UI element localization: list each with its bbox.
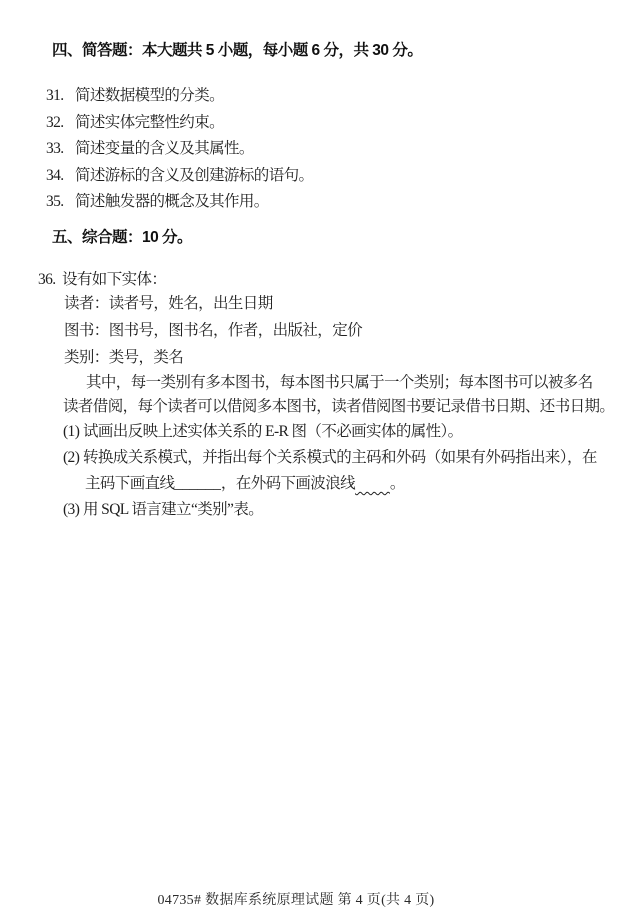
question-row-31: 31. 简述数据模型的分类。 [46,86,224,106]
subquestion-row-1: (1) 试画出反映上述实体关系的 E-R 图（不必画实体的属性）。 [63,422,463,442]
subquestion-text: 试画出反映上述实体关系的 E-R 图（不必画实体的属性）。 [83,422,463,442]
description-line-2: 读者借阅，每个读者可以借阅多本图书，读者借阅图书要记录借书日期、还书日期。 [63,397,614,417]
entity-line-category: 类别：类号，类名 [64,348,183,368]
subquestion-number: (3) [63,500,83,520]
question-number: 36. [38,270,62,290]
question-text: 简述游标的含义及创建游标的语句。 [75,166,313,186]
subquestion-2-continuation: 主码下画直线______，在外码下画波浪线 。 [85,474,405,494]
question-text: 简述触发器的概念及其作用。 [75,192,269,212]
subquestion-number: (1) [63,422,83,442]
subquestion-text: 。 [390,475,405,492]
section-comprehensive-heading: 五、综合题：10 分。 [52,228,192,248]
question-text: 简述实体完整性约束。 [75,113,224,133]
question-row-32: 32. 简述实体完整性约束。 [46,113,224,133]
question-number: 34. [46,166,75,186]
entity-line-book: 图书：图书号，图书名，作者，出版社，定价 [64,321,362,341]
question-number: 35. [46,192,75,212]
question-number: 31. [46,86,75,106]
subquestion-number: (2) [63,448,83,468]
subquestion-text: ，在外码下画波浪线 [221,475,355,492]
subquestion-text: 转换成关系模式，并指出每个关系模式的主码和外码（如果有外码指出来），在 [83,448,597,468]
section-brief-heading: 四、简答题：本大题共 5 小题，每小题 6 分，共 30 分。 [52,41,422,61]
question-row-33: 33. 简述变量的含义及其属性。 [46,139,254,159]
exam-page: 四、简答题：本大题共 5 小题，每小题 6 分，共 30 分。 31. 简述数据… [0,0,640,921]
subquestion-text: 主码下画直线 [85,475,174,492]
entity-line-reader: 读者：读者号，姓名，出生日期 [64,294,273,314]
question-row-35: 35. 简述触发器的概念及其作用。 [46,192,269,212]
straight-underline-blank: ______ [174,475,221,492]
description-line-1: 其中，每一类别有多本图书，每本图书只属于一个类别；每本图书可以被多名 [63,373,593,393]
question-text: 简述变量的含义及其属性。 [75,139,254,159]
subquestion-row-2: (2) 转换成关系模式，并指出每个关系模式的主码和外码（如果有外码指出来），在 [63,448,597,468]
page-footer: 04735# 数据库系统原理试题 第 4 页(共 4 页) [0,891,616,911]
question-text: 简述数据模型的分类。 [75,86,224,106]
wavy-underline-blank [355,475,390,492]
question-number: 33. [46,139,75,159]
question-text: 设有如下实体： [62,270,166,290]
question-number: 32. [46,113,75,133]
question-row-36: 36. 设有如下实体： [38,270,166,290]
question-row-34: 34. 简述游标的含义及创建游标的语句。 [46,166,313,186]
subquestion-row-3: (3) 用 SQL 语言建立“类别”表。 [63,500,263,520]
subquestion-text: 用 SQL 语言建立“类别”表。 [83,500,263,520]
